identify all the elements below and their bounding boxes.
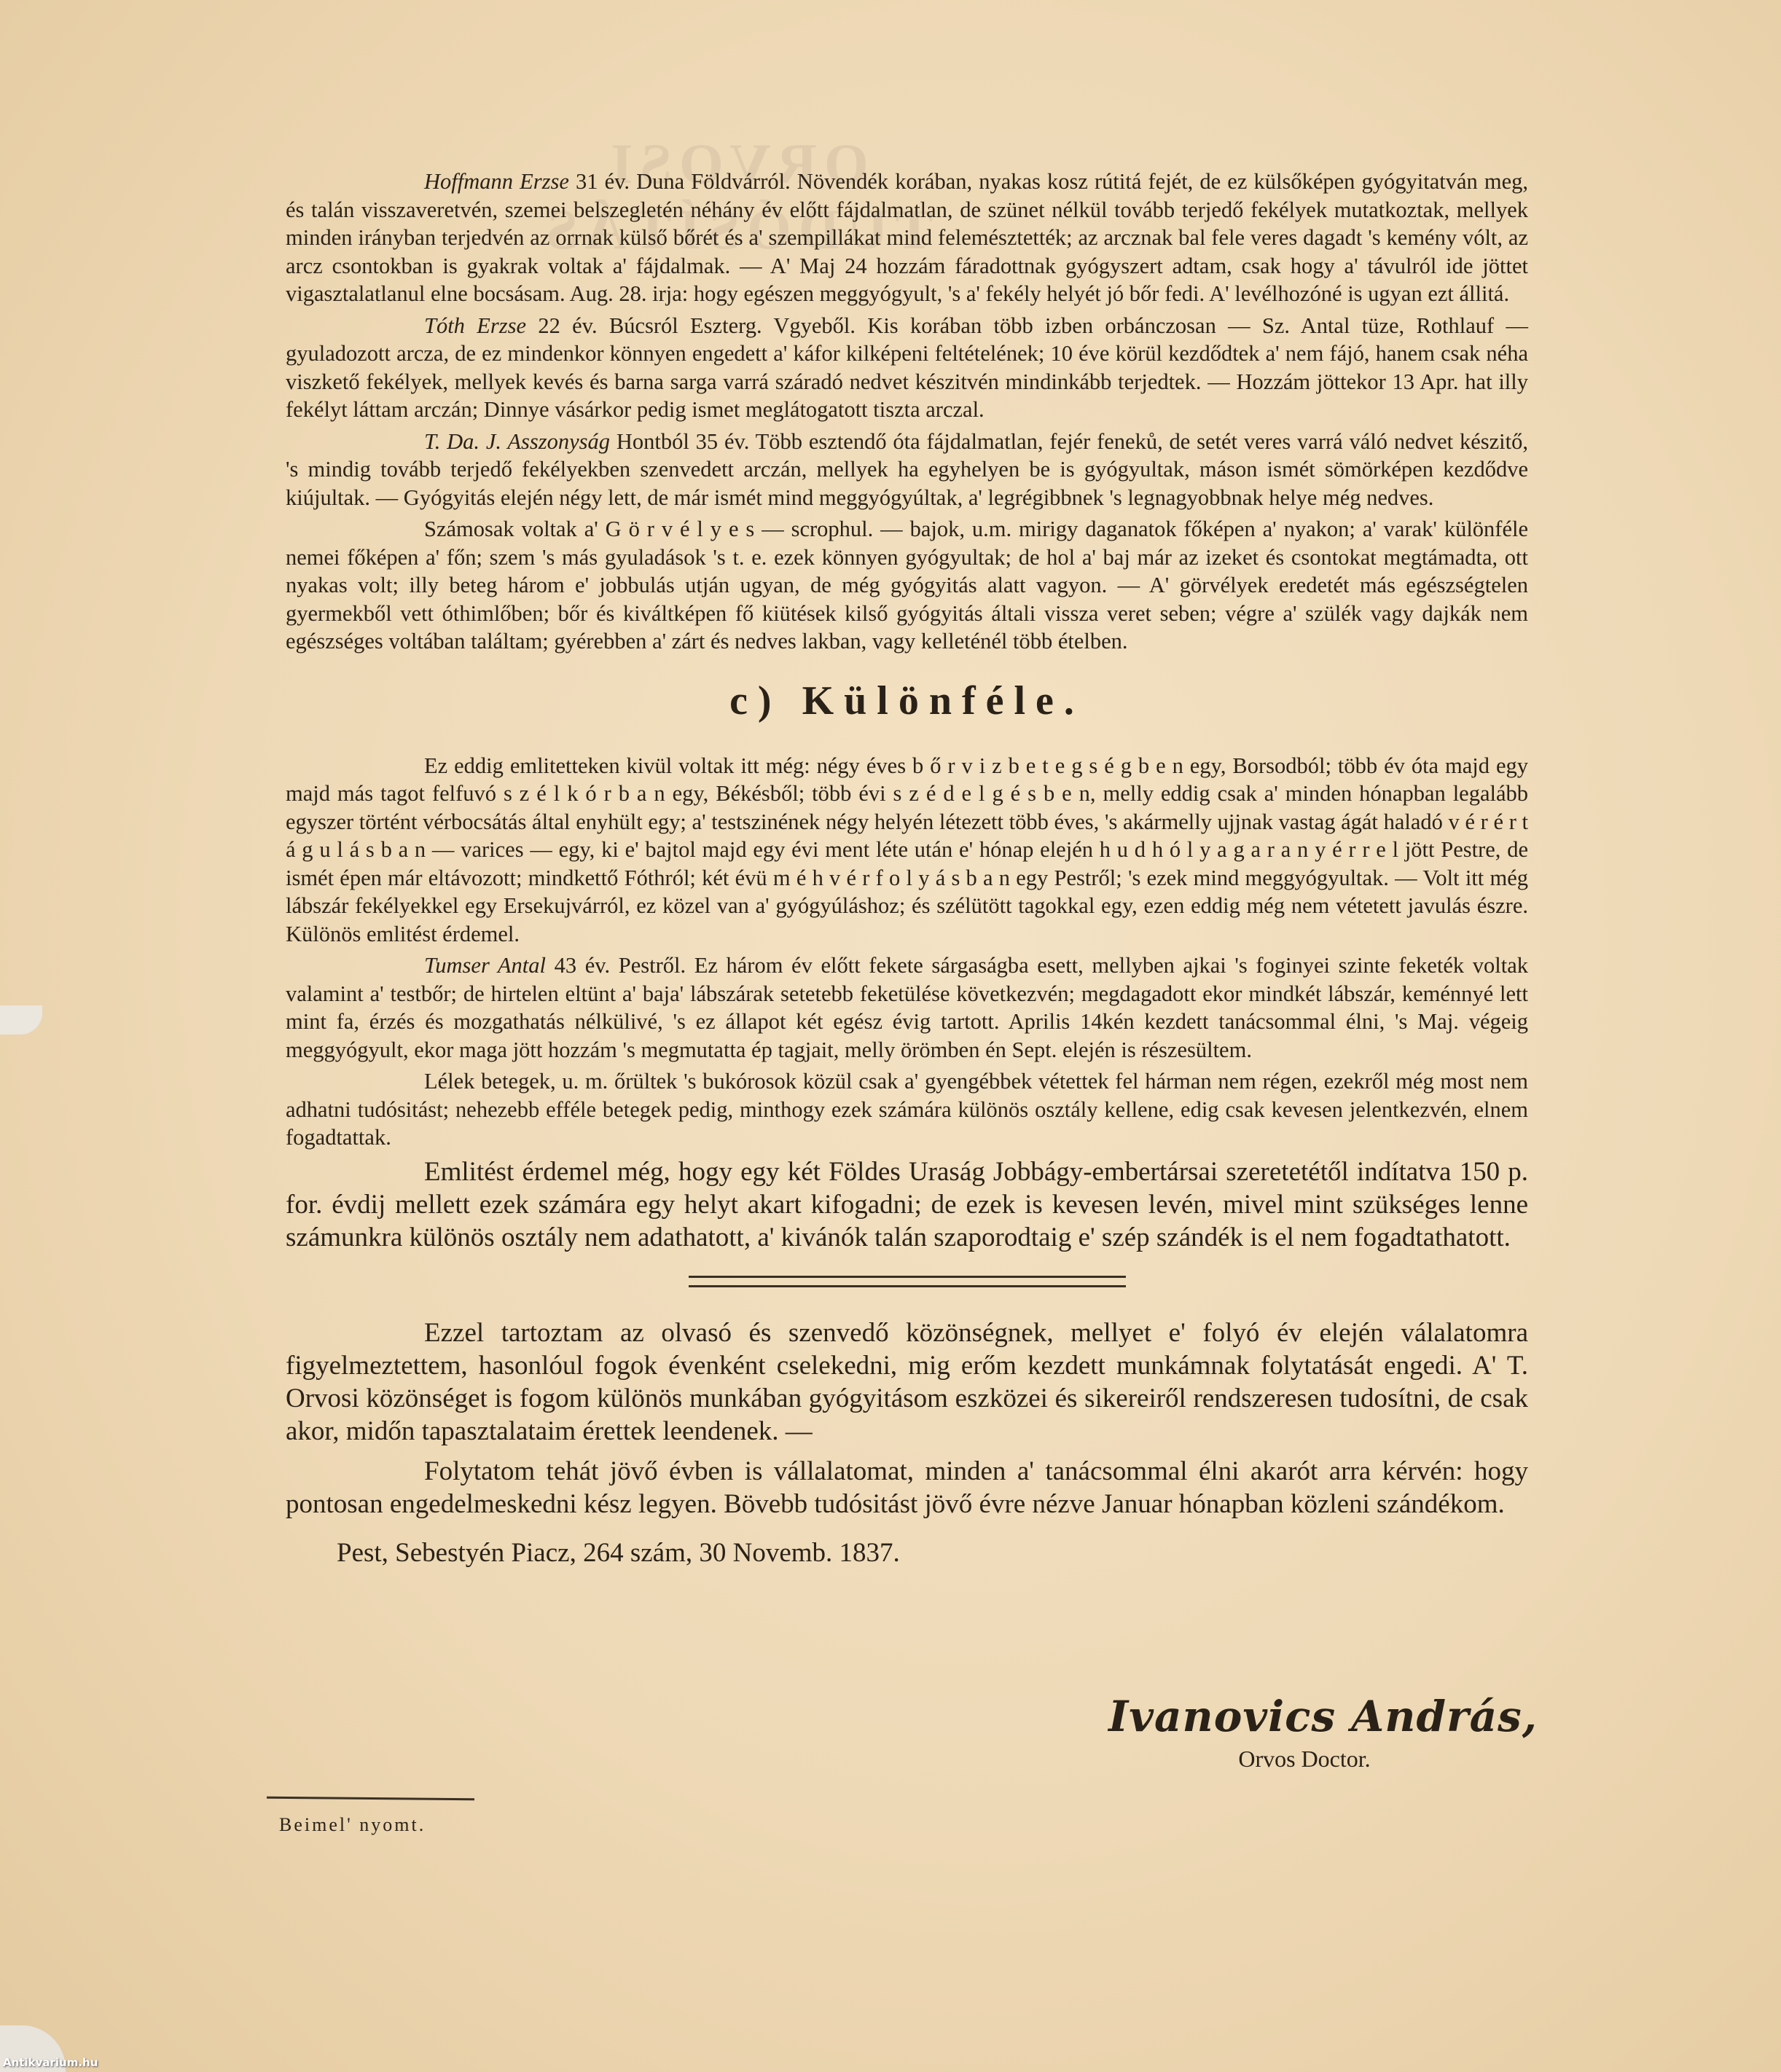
final-block: Ezzel tartoztam az olvasó és szenvedő kö… (286, 1316, 1528, 1569)
case-paragraph: Hoffmann Erzse 31 év. Duna Földvárról. N… (286, 168, 1528, 308)
watermark: Antikvarium.hu (3, 2056, 98, 2069)
patient-name: T. Da. J. Asszonyság (424, 429, 610, 454)
double-rule-divider (689, 1276, 1126, 1287)
printer-credit: Beimel' nyomt. (279, 1814, 426, 1836)
final-paragraph: Ezzel tartoztam az olvasó és szenvedő kö… (286, 1316, 1528, 1448)
footer-rule (267, 1797, 474, 1800)
final-paragraph: Folytatom tehát jövő évben is vállalatom… (286, 1455, 1528, 1520)
mental-patients-paragraph: Lélek betegek, u. m. őrültek 's bukóroso… (286, 1067, 1528, 1152)
patient-name: Hoffmann Erzse (424, 169, 569, 194)
author-title: Orvos Doctor. (1195, 1746, 1414, 1773)
paper-tear-left (0, 1005, 42, 1035)
case-paragraph: T. Da. J. Asszonyság Hontból 35 év. Több… (286, 428, 1528, 512)
patient-name: Tóth Erzse (424, 313, 526, 338)
place-date: Pest, Sebestyén Piacz, 264 szám, 30 Nove… (286, 1537, 1528, 1569)
misc-paragraph: Ez eddig emlitetteken kivül voltak itt m… (286, 752, 1528, 949)
closing-paragraph: Emlitést érdemel még, hogy egy két Földe… (286, 1155, 1528, 1254)
case-paragraph: Tóth Erzse 22 év. Búcsról Eszterg. Vgyeb… (286, 312, 1528, 424)
section-heading: c) Különféle. (286, 679, 1528, 723)
body-column: Hoffmann Erzse 31 év. Duna Földvárról. N… (286, 168, 1528, 1569)
case-paragraph: Tumser Antal 43 év. Pestről. Ez három év… (286, 951, 1528, 1064)
scanned-page: ORVOSI TUDÓSÍTÁS Hoffmann Erzse 31 év. D… (0, 0, 1781, 2072)
patient-name: Tumser Antal (424, 953, 546, 978)
scrofula-paragraph: Számosak voltak a' G ö r v é l y e s — s… (286, 515, 1528, 656)
author-signature: Ivanovics András, (1027, 1692, 1538, 1741)
closing-block: Emlitést érdemel még, hogy egy két Földe… (286, 1155, 1528, 1254)
